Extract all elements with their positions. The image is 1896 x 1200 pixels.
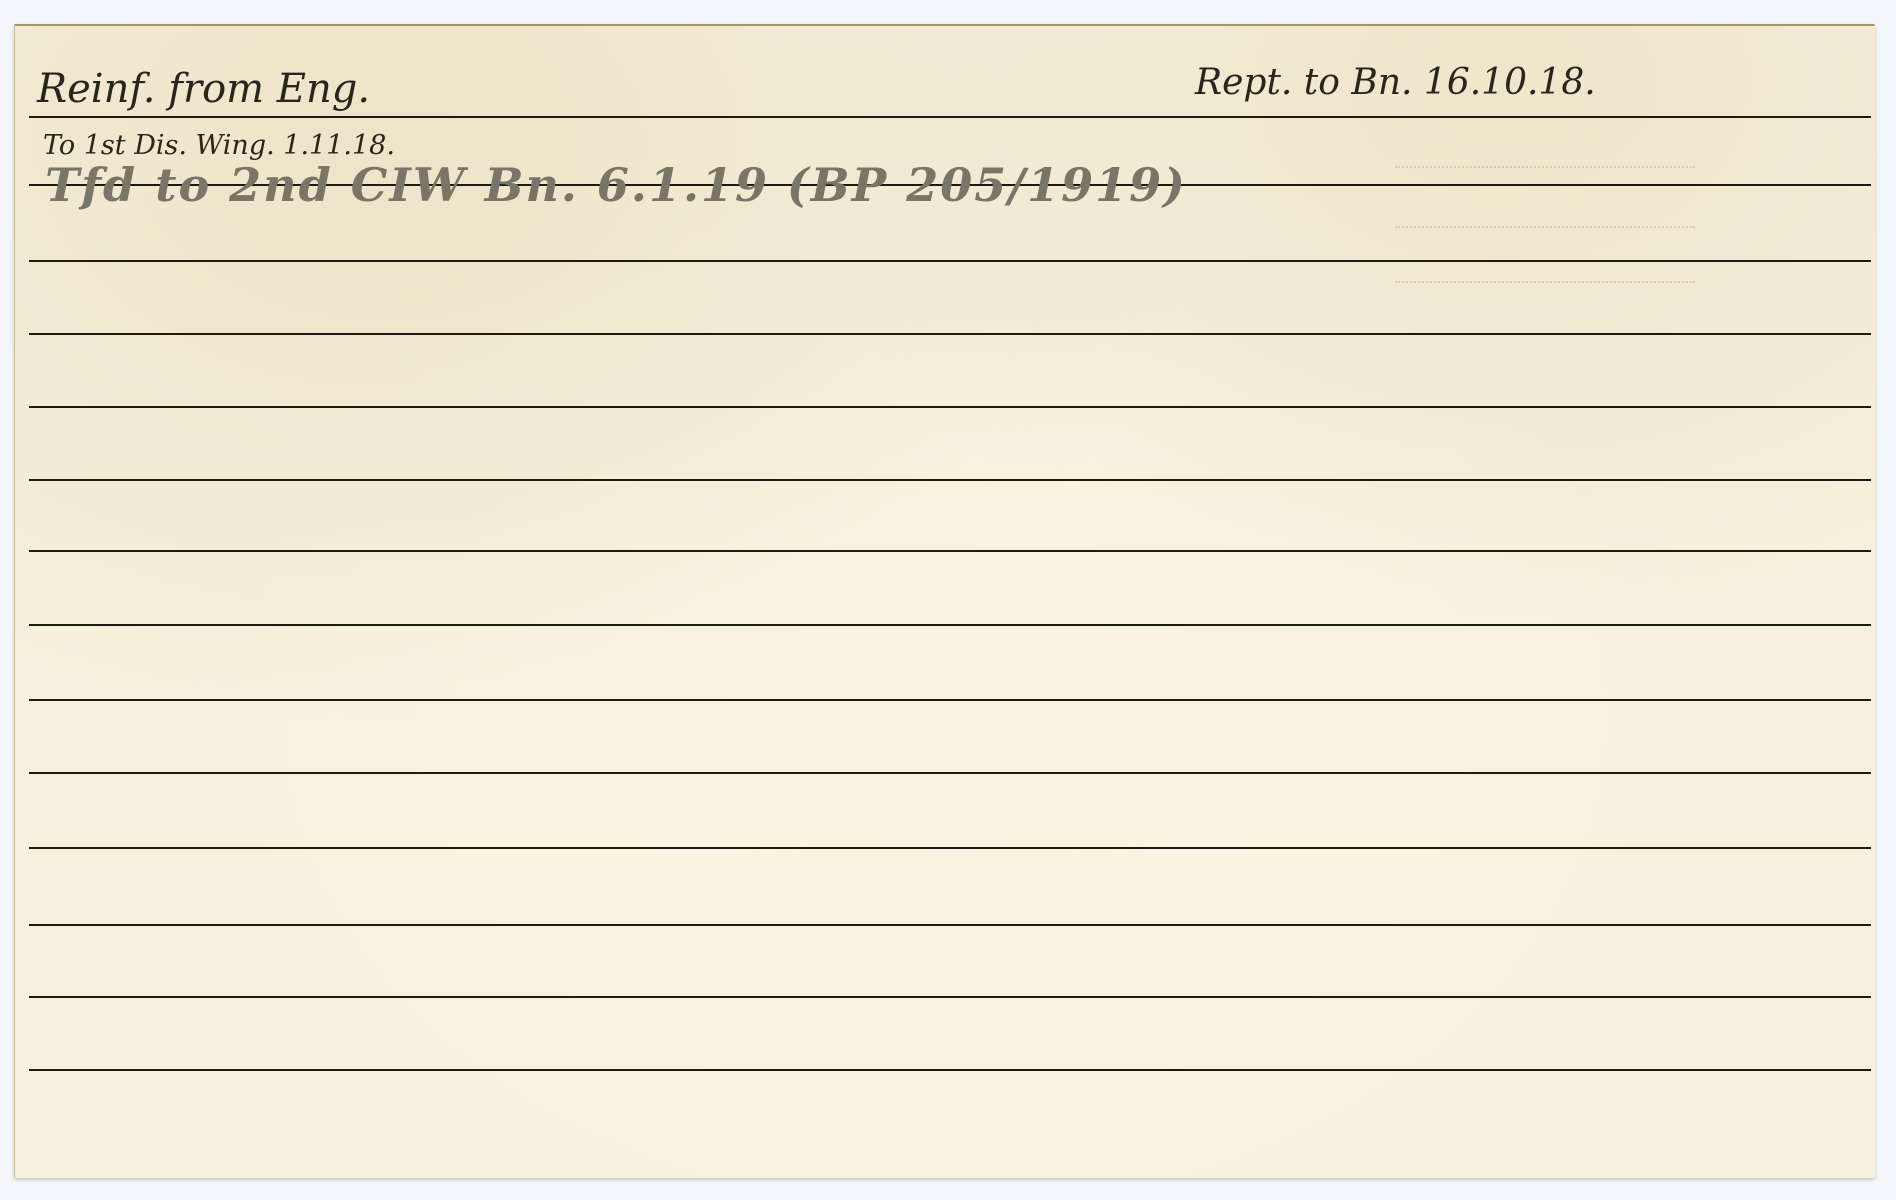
entry-transferred-pencil: Tfd to 2nd CIW Bn. 6.1.19 (BP 205/1919) — [45, 158, 1187, 212]
ruled-line — [29, 550, 1871, 552]
faint-printed-dots — [1395, 166, 1695, 170]
entry-to-dispersal-wing: To 1st Dis. Wing. 1.11.18. — [43, 130, 395, 161]
ruled-line — [29, 847, 1871, 849]
ruled-line — [29, 479, 1871, 481]
ruled-line — [29, 699, 1871, 701]
ruled-line — [29, 1069, 1871, 1071]
ruled-line — [29, 996, 1871, 998]
ruled-line — [29, 116, 1871, 118]
index-card: Reinf. from Eng. Rept. to Bn. 16.10.18. … — [14, 24, 1875, 1178]
entry-reinforcement: Reinf. from Eng. — [37, 66, 370, 112]
ruled-line — [29, 624, 1871, 626]
ruled-line — [29, 333, 1871, 335]
entry-reported-to-battalion: Rept. to Bn. 16.10.18. — [1195, 62, 1596, 103]
ruled-line — [29, 924, 1871, 926]
faint-printed-dots — [1395, 226, 1695, 230]
ruled-line — [29, 260, 1871, 262]
ruled-line — [29, 406, 1871, 408]
faint-printed-dots — [1395, 281, 1695, 285]
ruled-line — [29, 772, 1871, 774]
